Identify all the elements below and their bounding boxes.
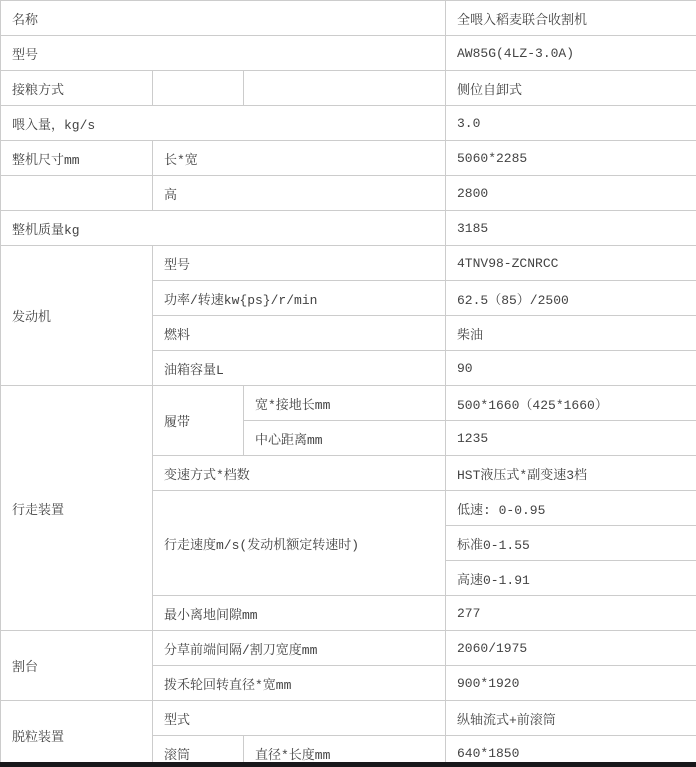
label-cell: 功率/转速kw{ps}/r/min xyxy=(153,281,446,316)
table-row: 割台 分草前端间隔/割刀宽度mm 2060/1975 xyxy=(1,631,696,666)
label-cell: 型号 xyxy=(1,36,446,71)
value-cell: 2060/1975 xyxy=(446,631,696,666)
value-cell: 277 xyxy=(446,596,696,631)
label-cell: 燃料 xyxy=(153,316,446,351)
group-cell: 割台 xyxy=(1,631,153,701)
group-cell: 发动机 xyxy=(1,246,153,386)
label-cell: 高 xyxy=(153,176,446,211)
table-row: 整机质量kg 3185 xyxy=(1,211,696,246)
value-cell: 62.5（85）/2500 xyxy=(446,281,696,316)
label-cell: 分草前端间隔/割刀宽度mm xyxy=(153,631,446,666)
label-cell: 最小离地间隙mm xyxy=(153,596,446,631)
label-cell: 型号 xyxy=(153,246,446,281)
label-cell: 中心距离mm xyxy=(244,421,446,456)
value-cell: 4TNV98-ZCNRCC xyxy=(446,246,696,281)
spec-table: 名称 全喂入稻麦联合收割机 型号 AW85G(4LZ-3.0A) 接粮方式 侧位… xyxy=(0,0,696,767)
label-cell: 长*宽 xyxy=(153,141,446,176)
table-row: 名称 全喂入稻麦联合收割机 xyxy=(1,1,696,36)
label-cell: 整机质量kg xyxy=(1,211,446,246)
value-cell: 5060*2285 xyxy=(446,141,696,176)
value-cell: 高速0-1.91 xyxy=(446,561,696,596)
value-cell: AW85G(4LZ-3.0A) xyxy=(446,36,696,71)
table-row: 接粮方式 侧位自卸式 xyxy=(1,71,696,106)
spec-page: 名称 全喂入稻麦联合收割机 型号 AW85G(4LZ-3.0A) 接粮方式 侧位… xyxy=(0,0,696,767)
label-cell: 宽*接地长mm xyxy=(244,386,446,421)
table-row: 型号 AW85G(4LZ-3.0A) xyxy=(1,36,696,71)
group-cell: 脱粒装置 xyxy=(1,701,153,767)
table-row: 脱粒装置 型式 纵轴流式+前滚筒 xyxy=(1,701,696,736)
group-cell: 行走装置 xyxy=(1,386,153,631)
empty-cell xyxy=(153,71,244,106)
label-cell: 型式 xyxy=(153,701,446,736)
value-cell: 侧位自卸式 xyxy=(446,71,696,106)
table-row: 整机尺寸mm 长*宽 5060*2285 xyxy=(1,141,696,176)
empty-cell xyxy=(1,176,153,211)
label-cell: 油箱容量L xyxy=(153,351,446,386)
value-cell: 柴油 xyxy=(446,316,696,351)
table-row: 喂入量，kg/s 3.0 xyxy=(1,106,696,141)
table-row: 行走装置 履带 宽*接地长mm 500*1660（425*1660） xyxy=(1,386,696,421)
sub-group-cell: 履带 xyxy=(153,386,244,456)
value-cell: 标准0-1.55 xyxy=(446,526,696,561)
bottom-crop-bar xyxy=(0,762,696,767)
value-cell: 1235 xyxy=(446,421,696,456)
label-cell: 喂入量，kg/s xyxy=(1,106,446,141)
label-cell: 拨禾轮回转直径*宽mm xyxy=(153,666,446,701)
value-cell: 纵轴流式+前滚筒 xyxy=(446,701,696,736)
value-cell: 2800 xyxy=(446,176,696,211)
label-cell: 接粮方式 xyxy=(1,71,153,106)
value-cell: 3.0 xyxy=(446,106,696,141)
value-cell: 90 xyxy=(446,351,696,386)
table-row: 发动机 型号 4TNV98-ZCNRCC xyxy=(1,246,696,281)
group-cell: 整机尺寸mm xyxy=(1,141,153,176)
label-cell: 变速方式*档数 xyxy=(153,456,446,491)
value-cell: HST液压式*副变速3档 xyxy=(446,456,696,491)
empty-cell xyxy=(244,71,446,106)
label-cell: 名称 xyxy=(1,1,446,36)
value-cell: 500*1660（425*1660） xyxy=(446,386,696,421)
value-cell: 低速: 0-0.95 xyxy=(446,491,696,526)
value-cell: 全喂入稻麦联合收割机 xyxy=(446,1,696,36)
table-row: 高 2800 xyxy=(1,176,696,211)
value-cell: 3185 xyxy=(446,211,696,246)
value-cell: 900*1920 xyxy=(446,666,696,701)
label-cell: 行走速度m/s(发动机额定转速时) xyxy=(153,491,446,596)
